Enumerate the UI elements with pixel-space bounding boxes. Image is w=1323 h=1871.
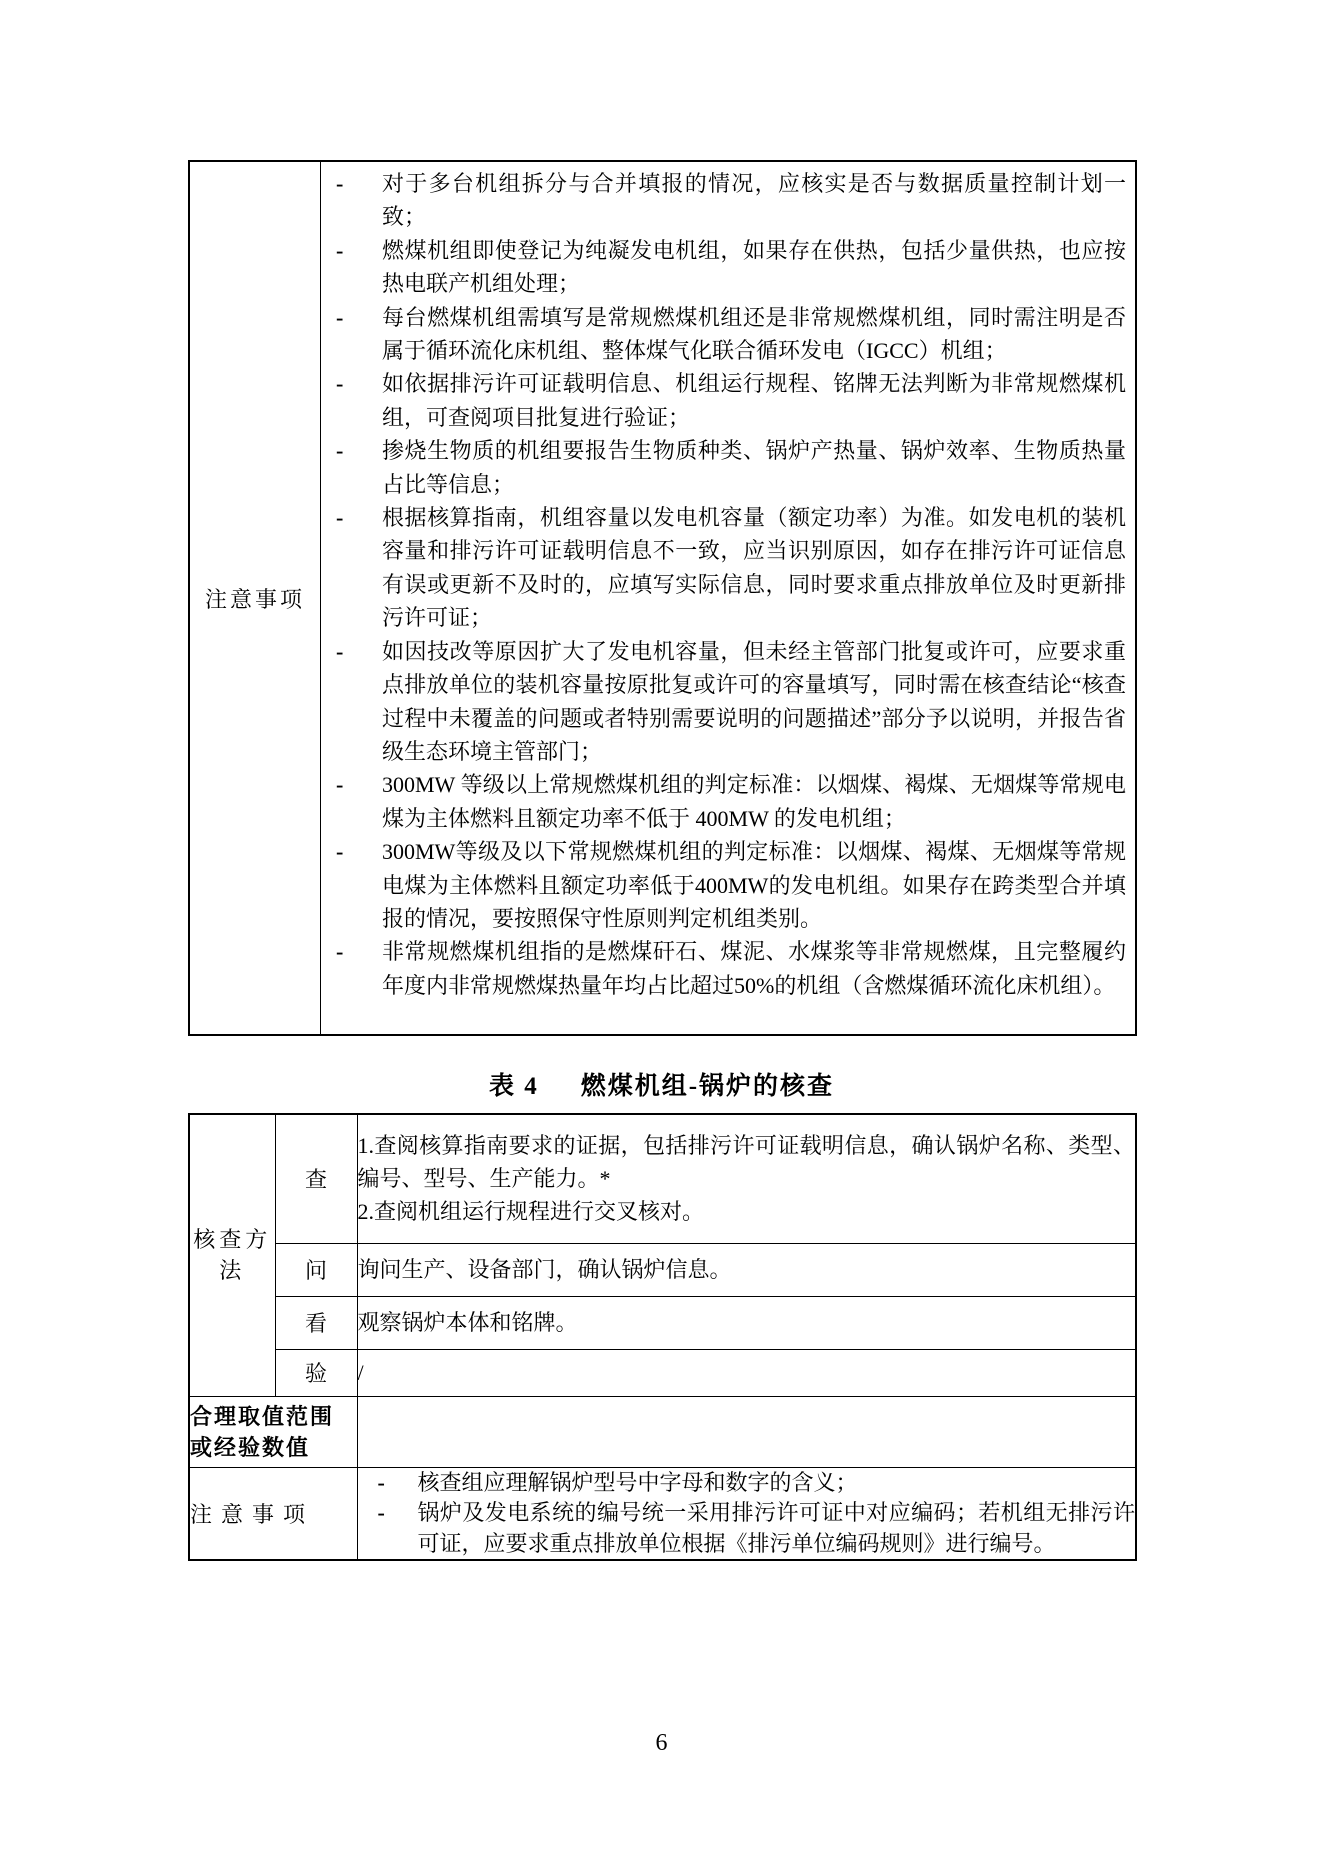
notes-bullet-list: -对于多台机组拆分与合并填报的情况，应核实是否与数据质量控制计划一致；-燃煤机组…	[321, 162, 1135, 1034]
page-number: 6	[0, 1730, 1323, 1757]
bullet-text: 非常规燃煤机组指的是燃煤矸石、煤泥、水煤浆等非常规燃煤，且完整履约年度内非常规燃…	[382, 935, 1135, 1002]
table4-title-text: 燃煤机组-锅炉的核查	[581, 1073, 834, 1100]
bullet-item: -300MW等级及以下常规燃煤机组的判定标准：以烟煤、褐煤、无烟煤等常规电煤为主…	[321, 835, 1135, 935]
dash-bullet-icon: -	[321, 501, 382, 635]
range-label-cell: 合理取值范围或经验数值	[189, 1396, 357, 1467]
method-content-check: 1.查阅核算指南要求的证据，包括排污许可证载明信息，确认锅炉名称、类型、编号、型…	[357, 1114, 1136, 1243]
bullet-item: -根据核算指南，机组容量以发电机容量（额定功率）为准。如发电机的装机容量和排污许…	[321, 501, 1135, 635]
dash-bullet-icon: -	[358, 1468, 418, 1499]
notes-table: 注意事项 -对于多台机组拆分与合并填报的情况，应核实是否与数据质量控制计划一致；…	[188, 160, 1137, 1036]
table4-title: 表 4燃煤机组-锅炉的核查	[0, 1066, 1323, 1102]
dash-bullet-icon: -	[321, 167, 382, 234]
table-row: 看 观察锅炉本体和铭牌。	[189, 1296, 1136, 1349]
bullet-text: 每台燃煤机组需填写是常规燃煤机组还是非常规燃煤机组，同时需注明是否属于循环流化床…	[382, 301, 1135, 368]
range-value-cell	[357, 1396, 1136, 1467]
dash-bullet-icon: -	[321, 367, 382, 434]
bullet-text: 根据核算指南，机组容量以发电机容量（额定功率）为准。如发电机的装机容量和排污许可…	[382, 501, 1135, 635]
bullet-item: -如依据排污许可证载明信息、机组运行规程、铭牌无法判断为非常规燃煤机组，可查阅项…	[321, 367, 1135, 434]
bullet-text: 核查组应理解锅炉型号中字母和数字的含义；	[418, 1468, 1136, 1499]
document-page: { "table1": { "row_label": "注意事项", "bull…	[0, 0, 1323, 1871]
bullet-item: -燃煤机组即使登记为纯凝发电机组，如果存在供热，包括少量供热，也应按热电联产机组…	[321, 234, 1135, 301]
method-content-look: 观察锅炉本体和铭牌。	[357, 1296, 1136, 1349]
notes2-label-cell: 注意事项	[189, 1467, 357, 1560]
bullet-text: 掺烧生物质的机组要报告生物质种类、锅炉产热量、锅炉效率、生物质热量占比等信息；	[382, 434, 1135, 501]
bullet-item: -锅炉及发电系统的编号统一采用排污许可证中对应编码；若机组无排污许可证，应要求重…	[358, 1498, 1136, 1559]
dash-bullet-icon: -	[321, 301, 382, 368]
method-label-cell: 核查方法	[189, 1114, 275, 1396]
method-content-ask: 询问生产、设备部门，确认锅炉信息。	[357, 1243, 1136, 1296]
bullet-item: -每台燃煤机组需填写是常规燃煤机组还是非常规燃煤机组，同时需注明是否属于循环流化…	[321, 301, 1135, 368]
table-row: 验 /	[189, 1349, 1136, 1396]
paragraph: 1.查阅核算指南要求的证据，包括排污许可证载明信息，确认锅炉名称、类型、编号、型…	[358, 1129, 1136, 1195]
table-row: 问 询问生产、设备部门，确认锅炉信息。	[189, 1243, 1136, 1296]
notes-row-label: 注意事项	[190, 162, 321, 1034]
dash-bullet-icon: -	[321, 768, 382, 835]
bullet-text: 燃煤机组即使登记为纯凝发电机组，如果存在供热，包括少量供热，也应按热电联产机组处…	[382, 234, 1135, 301]
method-content-verify: /	[357, 1349, 1136, 1396]
method-key-look: 看	[275, 1296, 357, 1349]
paragraph: 2.查阅机组运行规程进行交叉核对。	[358, 1195, 1136, 1228]
bullet-text: 锅炉及发电系统的编号统一采用排污许可证中对应编码；若机组无排污许可证，应要求重点…	[418, 1498, 1136, 1559]
dash-bullet-icon: -	[321, 935, 382, 1002]
method-key-verify: 验	[275, 1349, 357, 1396]
dash-bullet-icon: -	[321, 234, 382, 301]
bullet-item: -如因技改等原因扩大了发电机容量，但未经主管部门批复或许可，应要求重点排放单位的…	[321, 635, 1135, 769]
bullet-text: 如因技改等原因扩大了发电机容量，但未经主管部门批复或许可，应要求重点排放单位的装…	[382, 635, 1135, 769]
bullet-item: -300MW 等级以上常规燃煤机组的判定标准：以烟煤、褐煤、无烟煤等常规电煤为主…	[321, 768, 1135, 835]
method-key-ask: 问	[275, 1243, 357, 1296]
bullet-item: -掺烧生物质的机组要报告生物质种类、锅炉产热量、锅炉效率、生物质热量占比等信息；	[321, 434, 1135, 501]
bullet-item: -非常规燃煤机组指的是燃煤矸石、煤泥、水煤浆等非常规燃煤，且完整履约年度内非常规…	[321, 935, 1135, 1002]
bullet-item: -核查组应理解锅炉型号中字母和数字的含义；	[358, 1468, 1136, 1499]
method-key-check: 查	[275, 1114, 357, 1243]
table-row: 合理取值范围或经验数值	[189, 1396, 1136, 1467]
dash-bullet-icon: -	[321, 835, 382, 935]
bullet-text: 对于多台机组拆分与合并填报的情况，应核实是否与数据质量控制计划一致；	[382, 167, 1135, 234]
table-row: 注意事项 -核查组应理解锅炉型号中字母和数字的含义；-锅炉及发电系统的编号统一采…	[189, 1467, 1136, 1560]
boiler-verification-table: 核查方法 查 1.查阅核算指南要求的证据，包括排污许可证载明信息，确认锅炉名称、…	[188, 1113, 1137, 1561]
bullet-item: -对于多台机组拆分与合并填报的情况，应核实是否与数据质量控制计划一致；	[321, 167, 1135, 234]
bullet-text: 300MW 等级以上常规燃煤机组的判定标准：以烟煤、褐煤、无烟煤等常规电煤为主体…	[382, 768, 1135, 835]
bullet-text: 如依据排污许可证载明信息、机组运行规程、铭牌无法判断为非常规燃煤机组，可查阅项目…	[382, 367, 1135, 434]
bullet-text: 300MW等级及以下常规燃煤机组的判定标准：以烟煤、褐煤、无烟煤等常规电煤为主体…	[382, 835, 1135, 935]
dash-bullet-icon: -	[358, 1498, 418, 1559]
table-row: 核查方法 查 1.查阅核算指南要求的证据，包括排污许可证载明信息，确认锅炉名称、…	[189, 1114, 1136, 1243]
dash-bullet-icon: -	[321, 635, 382, 769]
table4-title-number: 表 4	[489, 1073, 539, 1100]
notes2-bullet-list: -核查组应理解锅炉型号中字母和数字的含义；-锅炉及发电系统的编号统一采用排污许可…	[357, 1467, 1136, 1560]
dash-bullet-icon: -	[321, 434, 382, 501]
